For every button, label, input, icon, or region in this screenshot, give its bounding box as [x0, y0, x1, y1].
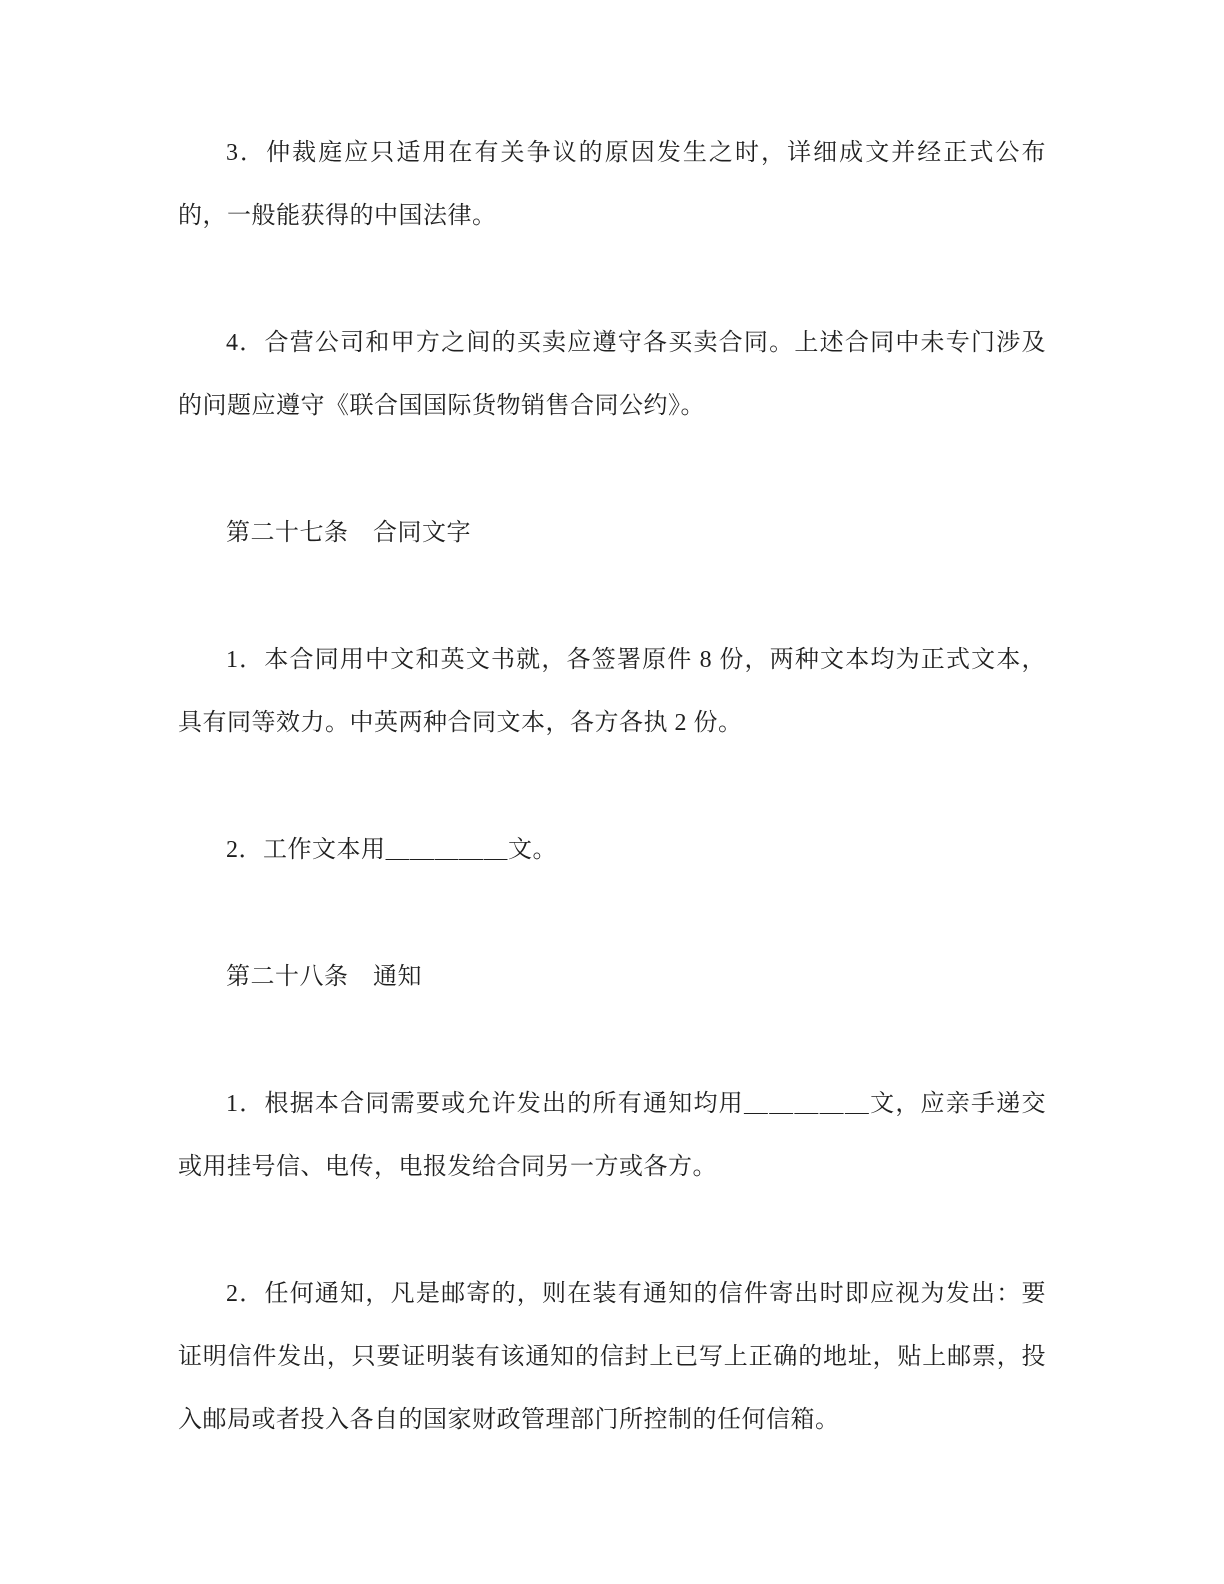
clause-arbitration-item-3: 3．仲裁庭应只适用在有关争议的原因发生之时，详细成文并经正式公布的，一般能获得的… — [178, 122, 1046, 248]
article-27-item-2-with-blank: 2．工作文本用＿＿＿＿＿文。 — [178, 819, 1046, 882]
document-page: 3．仲裁庭应只适用在有关争议的原因发生之时，详细成文并经正式公布的，一般能获得的… — [0, 0, 1224, 1584]
clause-arbitration-item-4: 4．合营公司和甲方之间的买卖应遵守各买卖合同。上述合同中未专门涉及的问题应遵守《… — [178, 312, 1046, 438]
article-28-item-2: 2．任何通知，凡是邮寄的，则在装有通知的信件寄出时即应视为发出：要证明信件发出，… — [178, 1263, 1046, 1452]
article-27-heading: 第二十七条 合同文字 — [178, 502, 1046, 565]
article-27-item-1: 1．本合同用中文和英文书就，各签署原件 8 份，两种文本均为正式文本，具有同等效… — [178, 629, 1046, 755]
article-28-heading: 第二十八条 通知 — [178, 946, 1046, 1009]
contract-text-body: 3．仲裁庭应只适用在有关争议的原因发生之时，详细成文并经正式公布的，一般能获得的… — [178, 122, 1046, 1452]
article-28-item-1-with-blank: 1．根据本合同需要或允许发出的所有通知均用＿＿＿＿＿文，应亲手递交或用挂号信、电… — [178, 1073, 1046, 1199]
